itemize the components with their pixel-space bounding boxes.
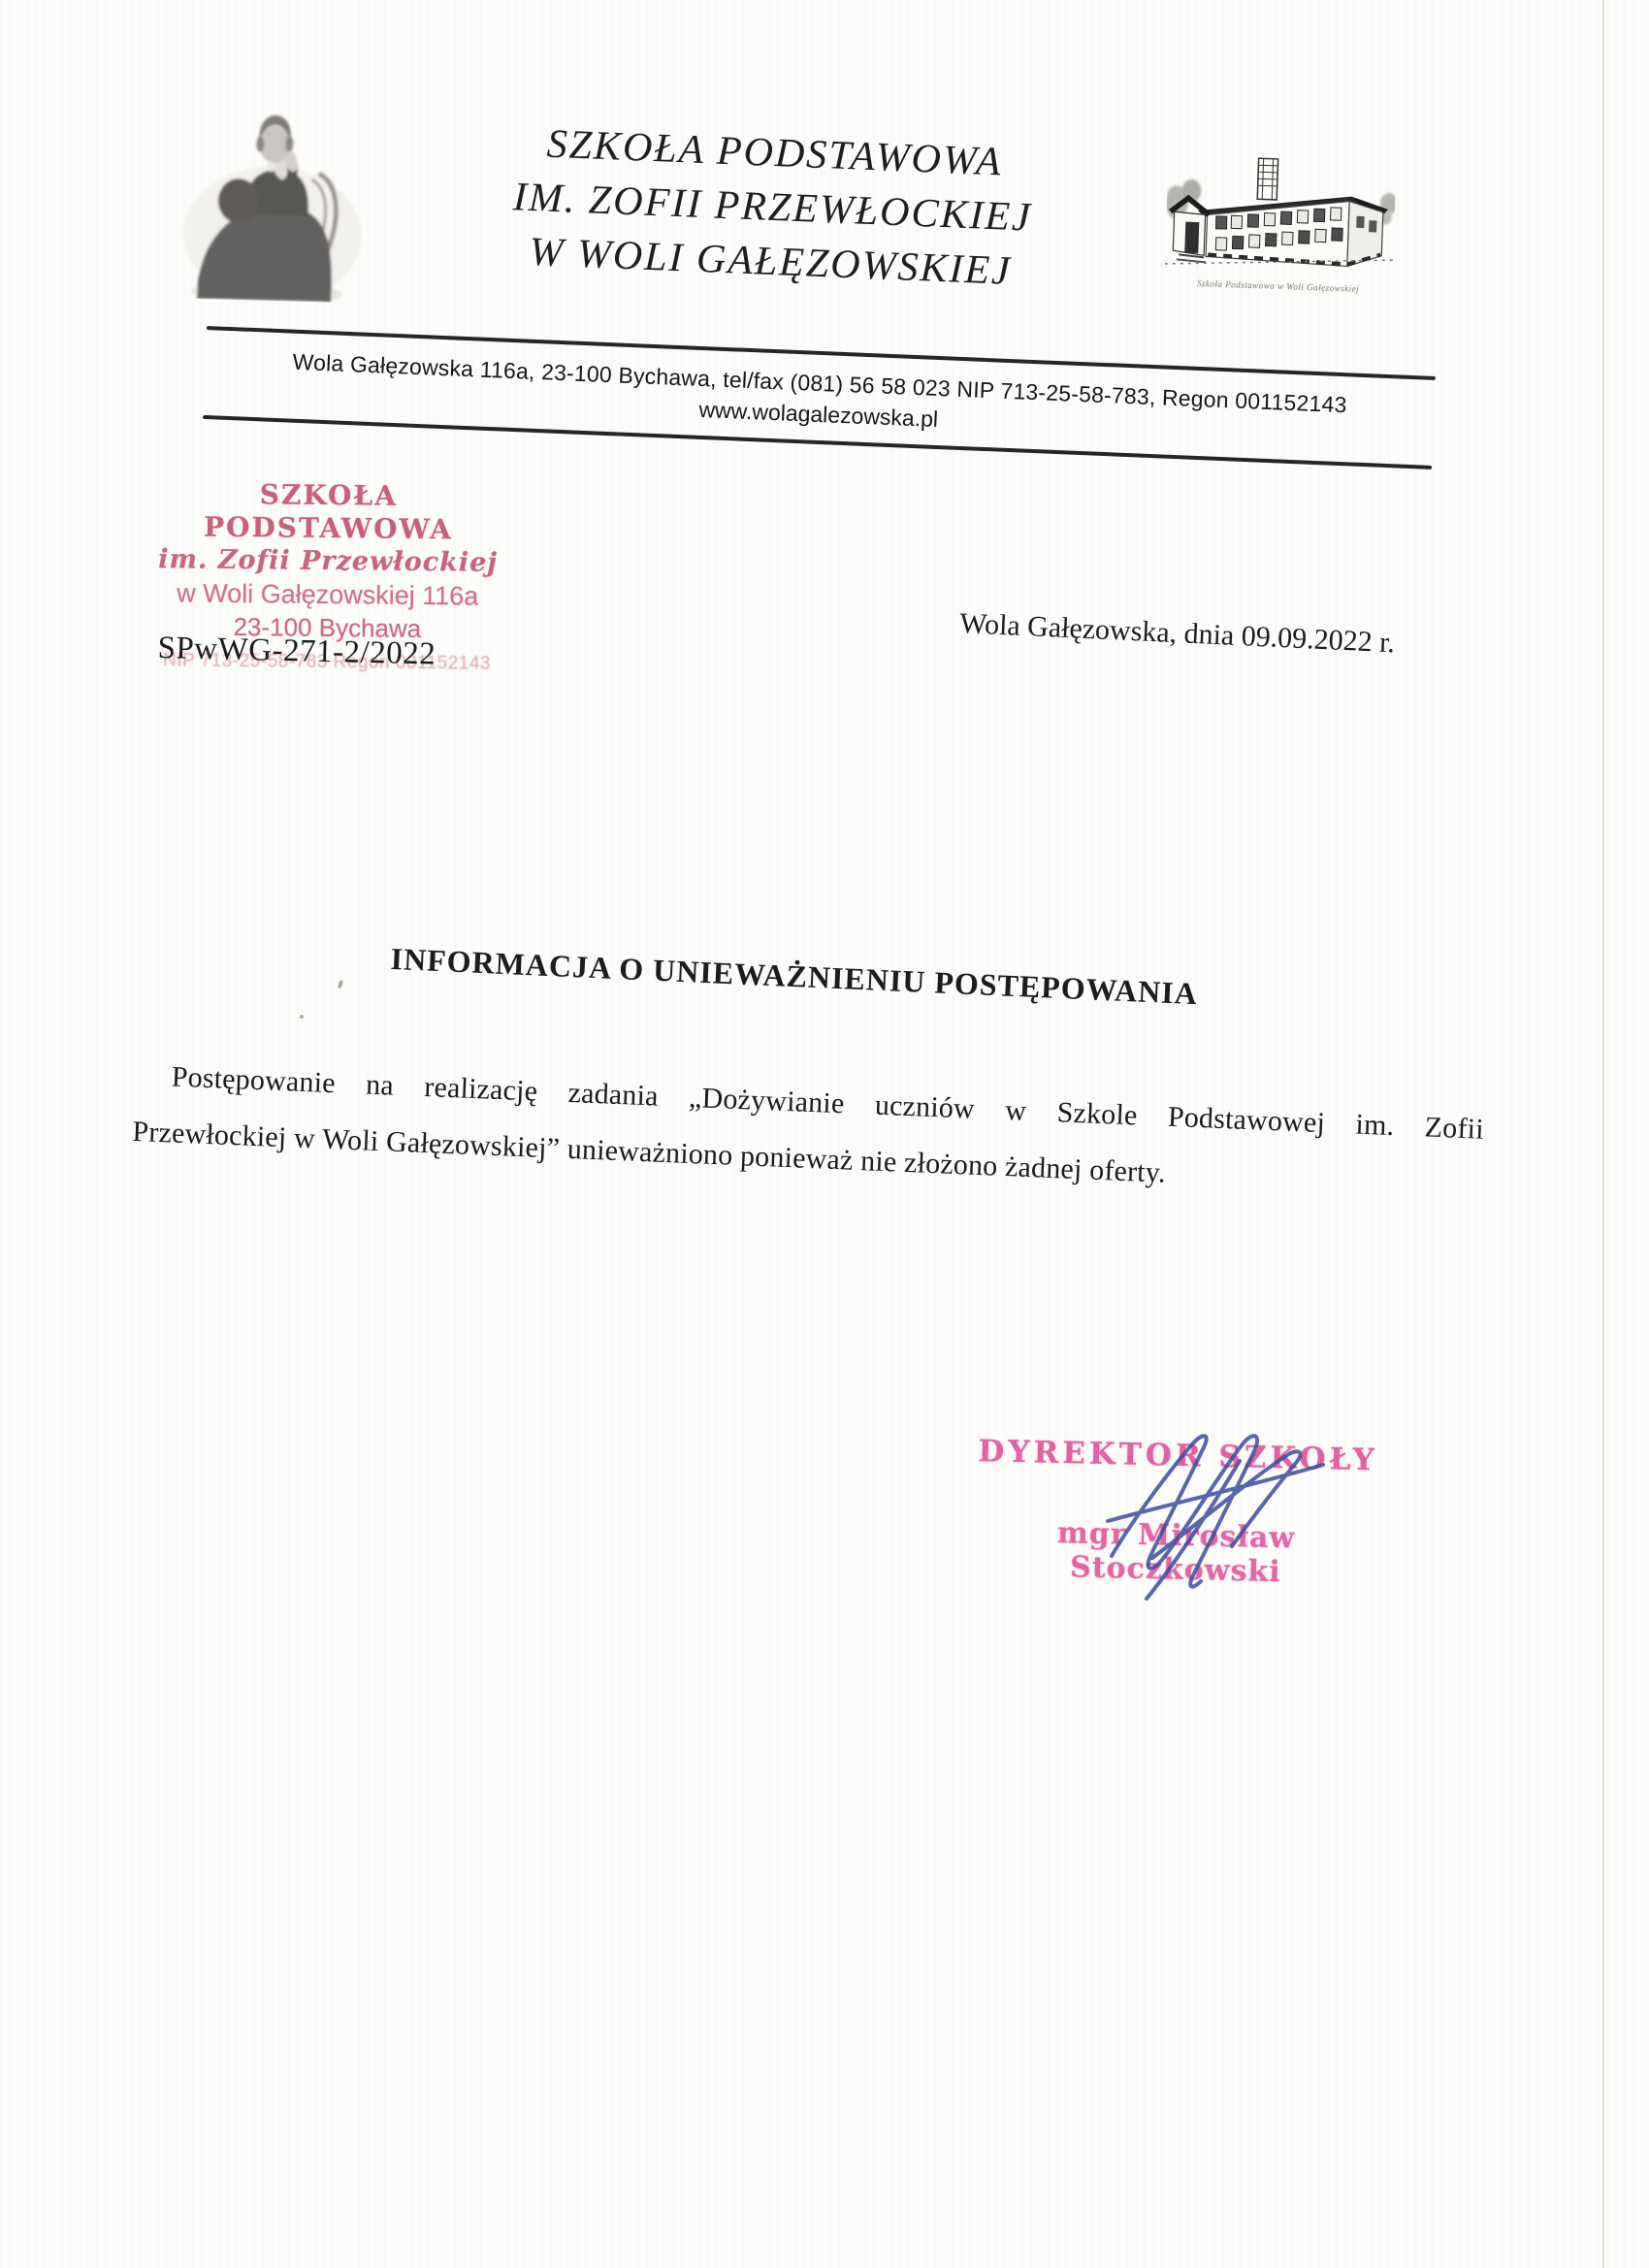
portrait-drawing [170, 86, 381, 303]
building-caption: Szkoła Podstawowa w Woli Gałęzowskiej [1164, 277, 1392, 295]
school-stamp-line: w Woli Gałęzowskiej 116a [143, 576, 513, 613]
school-stamp-line: im. Zofii Przewłockiej [143, 543, 513, 580]
scanned-document-page: SZKOŁA PODSTAWOWA IM. ZOFII PRZEWŁOCKIEJ… [0, 0, 1649, 2268]
letterhead-address-band: Wola Gałęzowska 116a, 23-100 Bychawa, te… [203, 326, 1436, 470]
school-building-image: Szkoła Podstawowa w Woli Gałęzowskiej [1164, 147, 1397, 295]
signature [1094, 1403, 1346, 1606]
scan-page-edge-line [1602, 0, 1604, 2268]
school-stamp-line: SZKOŁA PODSTAWOWA [143, 477, 514, 547]
body-paragraph: Postępowanie na realizację zadania „Doży… [131, 1048, 1485, 1215]
portrait-image [170, 86, 381, 303]
scan-speck [338, 980, 344, 989]
date-line: Wola Gałęzowska, dnia 09.09.2022 r. [958, 607, 1395, 660]
reference-number: SPwWG-271-2/2022 [157, 631, 436, 672]
school-name-heading: SZKOŁA PODSTAWOWA IM. ZOFII PRZEWŁOCKIEJ… [478, 114, 1066, 301]
document-title: INFORMACJA O UNIEWAŻNIENIU POSTĘPOWANIA [347, 939, 1241, 1014]
scan-speck [300, 1015, 304, 1019]
school-building-drawing [1165, 147, 1397, 276]
